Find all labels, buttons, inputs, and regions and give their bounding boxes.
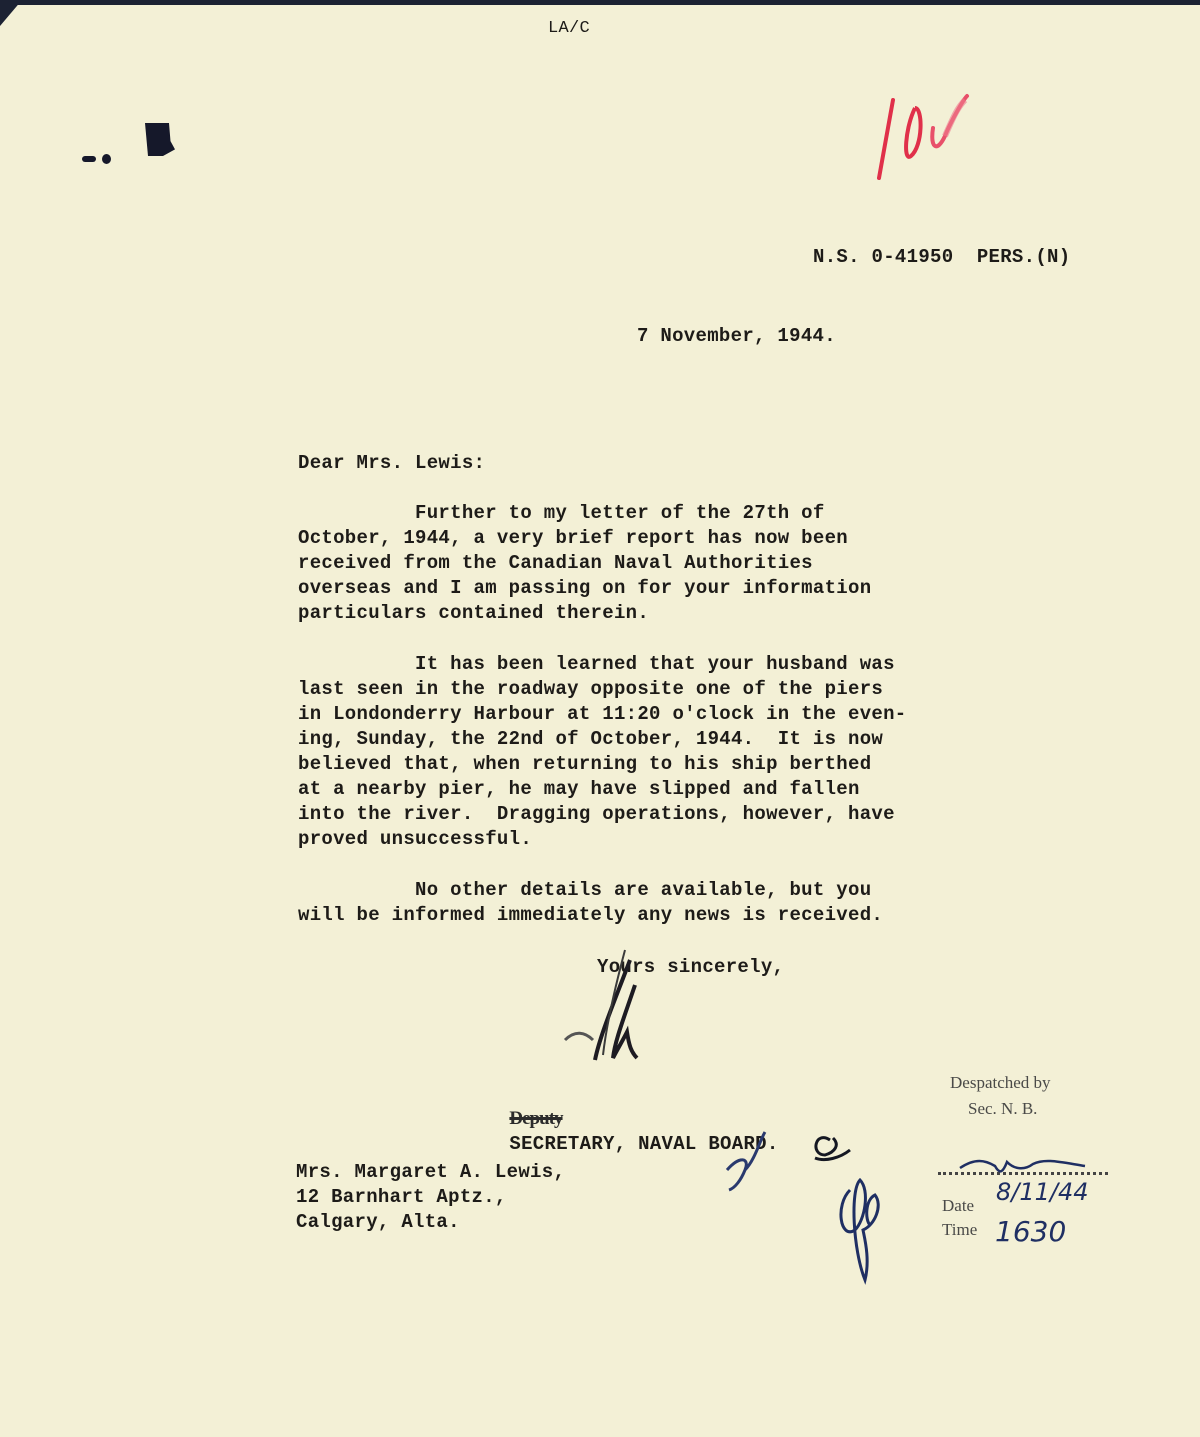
paragraph-line: October, 1944, a very brief report has n… bbox=[298, 526, 848, 551]
reference-number: N.S. 0-41950 PERS.(N) bbox=[813, 245, 1070, 270]
punch-hole bbox=[145, 123, 175, 156]
paragraph-line: overseas and I am passing on for your in… bbox=[298, 576, 871, 601]
recipient-line: Calgary, Alta. bbox=[296, 1210, 460, 1235]
paragraph-line: believed that, when returning to his shi… bbox=[298, 752, 871, 777]
paragraph-line: proved unsuccessful. bbox=[298, 827, 532, 852]
paragraph-line: No other details are available, but you bbox=[298, 878, 871, 903]
struck-word: Deputy bbox=[509, 1108, 562, 1129]
paragraph-line: received from the Canadian Naval Authori… bbox=[298, 551, 813, 576]
signature bbox=[545, 940, 665, 1070]
paragraph-line: It has been learned that your husband wa… bbox=[298, 652, 895, 677]
salutation: Dear Mrs. Lewis: bbox=[298, 451, 485, 476]
ink-initials bbox=[715, 1110, 895, 1290]
stamp-date-label: Date bbox=[942, 1196, 974, 1216]
paragraph-line: particulars contained therein. bbox=[298, 601, 649, 626]
paragraph-line: in Londonderry Harbour at 11:20 o'clock … bbox=[298, 702, 907, 727]
paragraph-line: Further to my letter of the 27th of bbox=[298, 501, 825, 526]
stamp-initials bbox=[955, 1150, 1095, 1180]
paragraph-line: will be informed immediately any news is… bbox=[298, 903, 883, 928]
stamp-time-value: 1630 bbox=[995, 1215, 1066, 1248]
punch-hole-torn bbox=[82, 153, 120, 167]
file-mark: LA/C bbox=[548, 16, 590, 41]
paragraph-line: at a nearby pier, he may have slipped an… bbox=[298, 777, 860, 802]
stamp-time-label: Time bbox=[942, 1220, 977, 1240]
stamp-date-value: 8/11/44 bbox=[996, 1178, 1089, 1206]
paragraph-line: ing, Sunday, the 22nd of October, 1944. … bbox=[298, 727, 883, 752]
stamp-line-2: Sec. N. B. bbox=[968, 1099, 1037, 1119]
paragraph-line: into the river. Dragging operations, how… bbox=[298, 802, 895, 827]
scan-corner bbox=[0, 0, 22, 26]
paragraph-line: last seen in the roadway opposite one of… bbox=[298, 677, 883, 702]
scan-top-edge bbox=[0, 0, 1200, 5]
recipient-line: Mrs. Margaret A. Lewis, bbox=[296, 1160, 565, 1185]
red-pencil-number bbox=[875, 88, 985, 183]
letter-date: 7 November, 1944. bbox=[637, 324, 836, 349]
recipient-line: 12 Barnhart Aptz., bbox=[296, 1185, 507, 1210]
stamp-line-1: Despatched by bbox=[950, 1073, 1051, 1093]
